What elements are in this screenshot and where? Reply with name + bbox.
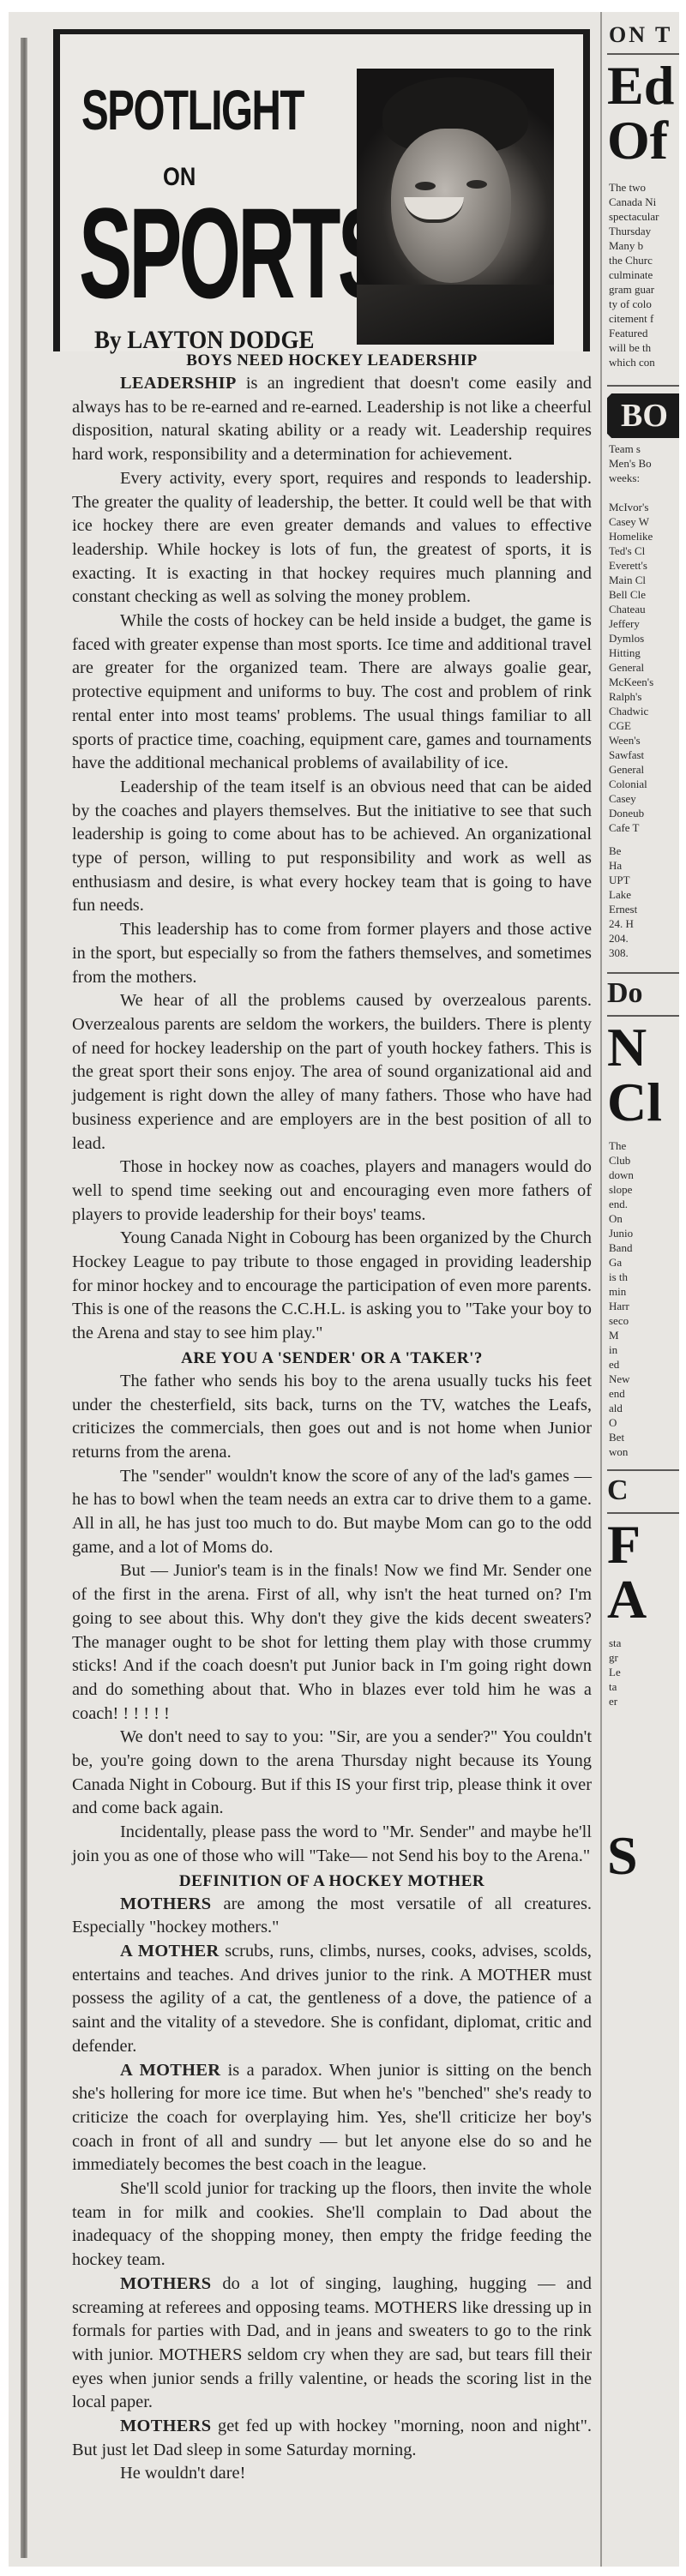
paragraph-lead: MOTHERS: [120, 2274, 211, 2293]
article-section-2: The father who sends his boy to the aren…: [72, 1370, 592, 1869]
text-line: citement f: [609, 311, 679, 326]
right-story-4: stagrLetaer: [609, 1636, 679, 1708]
text-line: Everett's: [609, 558, 679, 573]
adjacent-column: ON T EdOf The twoCanada NispectacularThu…: [600, 12, 679, 2567]
right-story-1: The twoCanada NispectacularThursdayMany …: [609, 180, 679, 369]
text-line: Featured: [609, 326, 679, 340]
article-paragraph: Leadership of the team itself is an obvi…: [72, 776, 592, 918]
text-line: Doneub: [609, 806, 679, 820]
right-kicker-3: C: [607, 1474, 679, 1507]
right-story-2-tail: BeHaUPTLakeErnest24. H204.308.: [609, 844, 679, 960]
text-line: Ted's Cl: [609, 543, 679, 558]
text-line: New: [609, 1372, 679, 1386]
text-line: M: [609, 1328, 679, 1342]
right-headline-4: S: [607, 1828, 679, 1883]
article-paragraph: While the costs of hockey can be held in…: [72, 609, 592, 776]
headline-line: F: [607, 1517, 679, 1572]
author-photo: [357, 69, 554, 345]
text-line: the Churc: [609, 253, 679, 267]
text-line: Dymlos: [609, 631, 679, 646]
text-line: ald: [609, 1401, 679, 1415]
text-line: O: [609, 1415, 679, 1430]
text-line: Band: [609, 1240, 679, 1255]
right-story-2: Team sMen's Boweeks: McIvor'sCasey WHome…: [609, 441, 679, 835]
text-line: Many b: [609, 238, 679, 253]
text-line: end.: [609, 1197, 679, 1211]
text-line: UPT: [609, 873, 679, 887]
article-paragraph: MOTHERS are among the most versatile of …: [72, 1893, 592, 1940]
text-line: Bell Cle: [609, 587, 679, 602]
text-line: Casey W: [609, 514, 679, 529]
text-line: Sawfast: [609, 748, 679, 762]
text-line: Team s: [609, 441, 679, 456]
text-line: seco: [609, 1313, 679, 1328]
text-line: end: [609, 1386, 679, 1401]
text-line: 308.: [609, 946, 679, 960]
article-body: BOYS NEED HOCKEY LEADERSHIP LEADERSHIP i…: [72, 348, 592, 2486]
text-line: Lake: [609, 887, 679, 902]
header-sports: SPORTS: [79, 189, 388, 317]
article-paragraph: MOTHERS do a lot of singing, laughing, h…: [72, 2273, 592, 2415]
paragraph-lead: LEADERSHIP: [120, 374, 237, 393]
text-line: won: [609, 1444, 679, 1459]
text-line: Men's Bo: [609, 456, 679, 471]
text-line: Ha: [609, 858, 679, 873]
article-section-3: MOTHERS are among the most versatile of …: [72, 1893, 592, 2487]
text-line: spectacular: [609, 209, 679, 224]
photo-collar: [357, 285, 554, 345]
right-banner: BO: [607, 393, 679, 438]
article-paragraph: Those in hockey now as coaches, players …: [72, 1156, 592, 1227]
paragraph-lead: MOTHERS: [120, 1894, 211, 1913]
text-line: The two: [609, 180, 679, 195]
article-paragraph: He wouldn't dare!: [72, 2462, 592, 2486]
header-spotlight: SPOTLIGHT: [81, 77, 304, 142]
text-line: Thursday: [609, 224, 679, 238]
text-line: Ween's: [609, 733, 679, 748]
headline-line: N: [607, 1020, 679, 1075]
text-line: is th: [609, 1270, 679, 1284]
text-line: Main Cl: [609, 573, 679, 587]
text-line: Canada Ni: [609, 195, 679, 209]
text-line: ta: [609, 1679, 679, 1694]
text-line: Homelike: [609, 529, 679, 543]
article-paragraph: She'll scold junior for tracking up the …: [72, 2177, 592, 2273]
article-paragraph: But — Junior's team is in the finals! No…: [72, 1559, 592, 1726]
text-line: Hitting: [609, 646, 679, 660]
main-column: SPOTLIGHT ON SPORTS By LAYTON DODGE BOYS…: [34, 12, 592, 2567]
text-line: Be: [609, 844, 679, 858]
right-kicker-2: Do: [607, 977, 679, 1010]
photo-eye: [466, 180, 487, 189]
text-line: McKeen's: [609, 675, 679, 689]
article-headline: BOYS NEED HOCKEY LEADERSHIP: [72, 351, 592, 370]
text-line: er: [609, 1694, 679, 1708]
text-line: CGE: [609, 718, 679, 733]
text-line: down: [609, 1168, 679, 1182]
text-line: Junio: [609, 1226, 679, 1240]
text-line: On: [609, 1211, 679, 1226]
text-line: Cafe T: [609, 820, 679, 835]
divider: [607, 972, 679, 974]
article-paragraph: The father who sends his boy to the aren…: [72, 1370, 592, 1465]
text-line: Jeffery: [609, 616, 679, 631]
text-line: Harr: [609, 1299, 679, 1313]
subhead-hockey-mother: DEFINITION OF A HOCKEY MOTHER: [72, 1872, 592, 1891]
text-line: 24. H: [609, 916, 679, 931]
text-line: General: [609, 660, 679, 675]
text-line: sta: [609, 1636, 679, 1650]
article-paragraph: Incidentally, please pass the word to "M…: [72, 1821, 592, 1868]
text-line: gr: [609, 1650, 679, 1665]
article-paragraph: This leadership has to come from former …: [72, 918, 592, 989]
article-section-1: LEADERSHIP is an ingredient that doesn't…: [72, 372, 592, 1346]
headline-line: Cl: [607, 1075, 679, 1130]
divider: [607, 385, 679, 387]
text-line: Casey: [609, 791, 679, 806]
text-line: ty of colo: [609, 297, 679, 311]
text-line: General: [609, 762, 679, 777]
article-paragraph: We hear of all the problems caused by ov…: [72, 989, 592, 1156]
text-line: Ernest: [609, 902, 679, 916]
text-line: 204.: [609, 931, 679, 946]
paragraph-lead: A MOTHER: [120, 2061, 220, 2080]
paragraph-lead: MOTHERS: [120, 2417, 211, 2435]
article-paragraph: A MOTHER is a paradox. When junior is si…: [72, 2059, 592, 2178]
text-line: Ralph's: [609, 689, 679, 704]
text-line: Club: [609, 1153, 679, 1168]
right-story-3: TheClubdownslopeend.OnJunioBandGais thmi…: [609, 1138, 679, 1459]
headline-line: A: [607, 1572, 679, 1627]
column-rule: [21, 38, 27, 2558]
headline-line: S: [607, 1828, 679, 1883]
text-line: min: [609, 1284, 679, 1299]
newspaper-page: SPOTLIGHT ON SPORTS By LAYTON DODGE BOYS…: [0, 0, 686, 2576]
text-line: culminate: [609, 267, 679, 282]
divider: [607, 1469, 679, 1471]
text-line: McIvor's: [609, 500, 679, 514]
text-line: Chateau: [609, 602, 679, 616]
article-paragraph: The "sender" wouldn't know the score of …: [72, 1465, 592, 1560]
right-headline-1: EdOf: [607, 58, 679, 168]
right-headline-2: NCl: [607, 1020, 679, 1130]
text-line: Colonial: [609, 777, 679, 791]
text-line: Le: [609, 1665, 679, 1679]
text-line: gram guar: [609, 282, 679, 297]
text-line: ed: [609, 1357, 679, 1372]
right-headline-3: FA: [607, 1517, 679, 1627]
article-paragraph: We don't need to say to you: "Sir, are y…: [72, 1726, 592, 1821]
article-paragraph: LEADERSHIP is an ingredient that doesn't…: [72, 372, 592, 467]
right-kicker: ON T: [609, 22, 679, 48]
text-line: Bet: [609, 1430, 679, 1444]
newspaper-clipping: SPOTLIGHT ON SPORTS By LAYTON DODGE BOYS…: [9, 12, 679, 2567]
text-line: slope: [609, 1182, 679, 1197]
article-paragraph: MOTHERS get fed up with hockey "morning,…: [72, 2415, 592, 2462]
text-line: will be th: [609, 340, 679, 355]
paragraph-lead: A MOTHER: [120, 1942, 220, 1961]
text-line: in: [609, 1342, 679, 1357]
text-line: weeks:: [609, 471, 679, 485]
text-line: Ga: [609, 1255, 679, 1270]
text-line: The: [609, 1138, 679, 1153]
column-header-box: SPOTLIGHT ON SPORTS By LAYTON DODGE: [53, 29, 590, 351]
subhead-sender-taker: ARE YOU A 'SENDER' OR A 'TAKER'?: [72, 1349, 592, 1368]
text-line: [609, 485, 679, 500]
text-line: Chadwic: [609, 704, 679, 718]
headline-line: Of: [607, 113, 679, 168]
photo-eye: [415, 182, 436, 190]
text-line: which con: [609, 355, 679, 369]
article-paragraph: Young Canada Night in Cobourg has been o…: [72, 1227, 592, 1346]
article-paragraph: Every activity, every sport, requires an…: [72, 467, 592, 609]
headline-line: Ed: [607, 58, 679, 113]
article-paragraph: A MOTHER scrubs, runs, climbs, nurses, c…: [72, 1940, 592, 2059]
